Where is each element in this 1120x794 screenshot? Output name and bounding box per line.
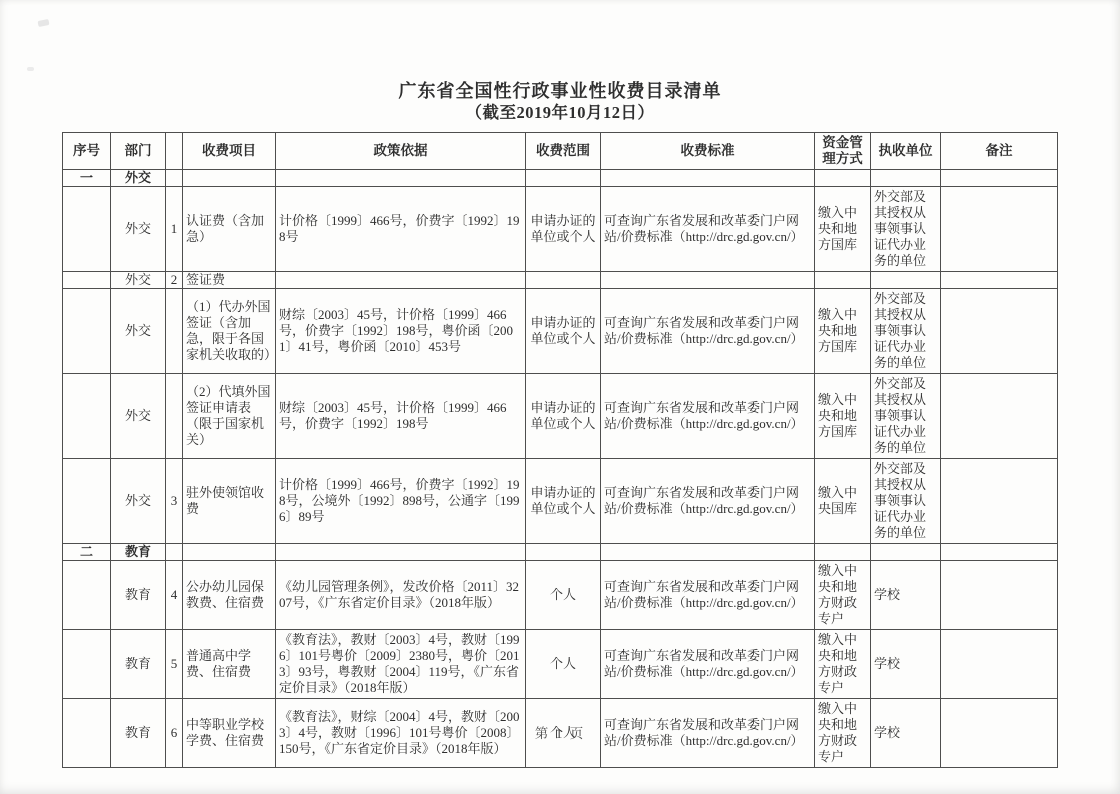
table-cell bbox=[166, 544, 183, 561]
table-cell: 可查询广东省发展和改革委门户网站/价费标准（http://drc.gd.gov.… bbox=[601, 561, 815, 630]
table-cell: 缴入中央国库 bbox=[815, 459, 871, 544]
column-header: 收费项目 bbox=[183, 133, 276, 170]
table-cell bbox=[63, 459, 111, 544]
column-header: 收费标准 bbox=[601, 133, 815, 170]
table-body: 一外交外交1认证费（含加急）计价格〔1999〕466号，价费字〔1992〕198… bbox=[63, 170, 1058, 768]
table-cell bbox=[166, 170, 183, 187]
table-cell bbox=[526, 272, 601, 289]
table-cell: 可查询广东省发展和改革委门户网站/价费标准（http://drc.gd.gov.… bbox=[601, 187, 815, 272]
table-cell: 外交 bbox=[111, 187, 166, 272]
table-cell: 计价格〔1999〕466号，价费字〔1992〕198号，公境外〔1992〕898… bbox=[276, 459, 526, 544]
document-subtitle: （截至2019年10月12日） bbox=[0, 102, 1120, 124]
table-cell: 5 bbox=[166, 630, 183, 699]
table-cell: 可查询广东省发展和改革委门户网站/价费标准（http://drc.gd.gov.… bbox=[601, 289, 815, 374]
table-header-row: 序号部门收费项目政策依据收费范围收费标准资金管理方式执收单位备注 bbox=[63, 133, 1058, 170]
table-cell bbox=[871, 544, 941, 561]
table-cell: 外交 bbox=[111, 289, 166, 374]
table-cell: 缴入中央和地方国库 bbox=[815, 289, 871, 374]
table-cell bbox=[183, 170, 276, 187]
table-cell bbox=[601, 272, 815, 289]
table-cell: 外交 bbox=[111, 170, 166, 187]
table-cell bbox=[63, 187, 111, 272]
table-cell: （2）代填外国签证申请表（限于国家机关） bbox=[183, 374, 276, 459]
table-cell: 普通高中学费、住宿费 bbox=[183, 630, 276, 699]
table-cell: 缴入中央和地方财政专户 bbox=[815, 630, 871, 699]
table-cell bbox=[941, 374, 1058, 459]
table-cell: 计价格〔1999〕466号，价费字〔1992〕198号 bbox=[276, 187, 526, 272]
table-cell bbox=[63, 289, 111, 374]
table-cell: 驻外使领馆收费 bbox=[183, 459, 276, 544]
table-cell bbox=[815, 544, 871, 561]
table-cell: 教育 bbox=[111, 630, 166, 699]
table-cell: 个人 bbox=[526, 561, 601, 630]
table-cell: 教育 bbox=[111, 561, 166, 630]
column-header: 资金管理方式 bbox=[815, 133, 871, 170]
table-cell bbox=[871, 170, 941, 187]
table-cell: 学校 bbox=[871, 561, 941, 630]
table-cell bbox=[941, 459, 1058, 544]
column-header: 部门 bbox=[111, 133, 166, 170]
column-header: 序号 bbox=[63, 133, 111, 170]
fee-table: 序号部门收费项目政策依据收费范围收费标准资金管理方式执收单位备注 一外交外交1认… bbox=[62, 132, 1058, 768]
table-row: 外交3驻外使领馆收费计价格〔1999〕466号，价费字〔1992〕198号，公境… bbox=[63, 459, 1058, 544]
table-cell bbox=[941, 630, 1058, 699]
table-cell: 外交 bbox=[111, 272, 166, 289]
table-row: 二教育 bbox=[63, 544, 1058, 561]
table-cell bbox=[276, 272, 526, 289]
table-cell bbox=[941, 170, 1058, 187]
table-cell: 3 bbox=[166, 459, 183, 544]
table-cell bbox=[526, 544, 601, 561]
table-cell: 公办幼儿园保教费、住宿费 bbox=[183, 561, 276, 630]
table-cell bbox=[815, 170, 871, 187]
scan-artifact-mark bbox=[37, 19, 49, 27]
table-cell: 申请办证的单位或个人 bbox=[526, 374, 601, 459]
table-cell bbox=[601, 544, 815, 561]
column-header: 备注 bbox=[941, 133, 1058, 170]
table-cell: 二 bbox=[63, 544, 111, 561]
table-cell: 1 bbox=[166, 187, 183, 272]
table-row: 外交1认证费（含加急）计价格〔1999〕466号，价费字〔1992〕198号申请… bbox=[63, 187, 1058, 272]
table-cell: 缴入中央和地方国库 bbox=[815, 374, 871, 459]
table-cell: 申请办证的单位或个人 bbox=[526, 289, 601, 374]
document-title-block: 广东省全国性行政事业性收费目录清单 （截至2019年10月12日） bbox=[0, 80, 1120, 124]
table-cell bbox=[63, 561, 111, 630]
table-cell: 申请办证的单位或个人 bbox=[526, 187, 601, 272]
table-cell bbox=[63, 374, 111, 459]
table-cell bbox=[601, 170, 815, 187]
table-cell bbox=[166, 289, 183, 374]
table-cell: 可查询广东省发展和改革委门户网站/价费标准（http://drc.gd.gov.… bbox=[601, 459, 815, 544]
scan-artifact-dot bbox=[27, 67, 34, 71]
table-cell: 外交 bbox=[111, 374, 166, 459]
table-cell: 签证费 bbox=[183, 272, 276, 289]
table-cell bbox=[941, 272, 1058, 289]
table-cell: 外交部及其授权从事领事认证代办业务的单位 bbox=[871, 459, 941, 544]
table-cell: 《教育法》，教财〔2003〕4号，教财〔1996〕101号粤价〔2009〕238… bbox=[276, 630, 526, 699]
table-cell bbox=[526, 170, 601, 187]
table-row: 教育5普通高中学费、住宿费《教育法》，教财〔2003〕4号，教财〔1996〕10… bbox=[63, 630, 1058, 699]
table-cell bbox=[815, 272, 871, 289]
table-row: 教育4公办幼儿园保教费、住宿费《幼儿园管理条例》，发改价格〔2011〕3207号… bbox=[63, 561, 1058, 630]
table-cell: 财综〔2003〕45号，计价格〔1999〕466号，价费字〔1992〕198号，… bbox=[276, 289, 526, 374]
table-cell: 外交部及其授权从事领事认证代办业务的单位 bbox=[871, 374, 941, 459]
table-cell bbox=[166, 374, 183, 459]
table-cell: 缴入中央和地方国库 bbox=[815, 187, 871, 272]
page-number: 第 1 页 bbox=[0, 722, 1120, 742]
table-cell: 个人 bbox=[526, 630, 601, 699]
table-cell: 4 bbox=[166, 561, 183, 630]
column-header: 政策依据 bbox=[276, 133, 526, 170]
table-cell: （1）代办外国签证（含加急，限于各国家机关收取的） bbox=[183, 289, 276, 374]
table-cell: 财综〔2003〕45号，计价格〔1999〕466号，价费字〔1992〕198号 bbox=[276, 374, 526, 459]
table-cell: 可查询广东省发展和改革委门户网站/价费标准（http://drc.gd.gov.… bbox=[601, 630, 815, 699]
scanned-document-page: 广东省全国性行政事业性收费目录清单 （截至2019年10月12日） 序号部门收费… bbox=[0, 0, 1120, 794]
table-cell bbox=[276, 544, 526, 561]
table-cell bbox=[941, 289, 1058, 374]
table-cell: 缴入中央和地方财政专户 bbox=[815, 561, 871, 630]
table-cell: 认证费（含加急） bbox=[183, 187, 276, 272]
table-cell: 外交部及其授权从事领事认证代办业务的单位 bbox=[871, 187, 941, 272]
table-cell: 申请办证的单位或个人 bbox=[526, 459, 601, 544]
table-row: 外交2签证费 bbox=[63, 272, 1058, 289]
table-cell bbox=[871, 272, 941, 289]
table-cell bbox=[276, 170, 526, 187]
table-cell: 可查询广东省发展和改革委门户网站/价费标准（http://drc.gd.gov.… bbox=[601, 374, 815, 459]
table-cell bbox=[63, 630, 111, 699]
table-cell bbox=[63, 272, 111, 289]
table-cell: 外交部及其授权从事领事认证代办业务的单位 bbox=[871, 289, 941, 374]
table-row: 一外交 bbox=[63, 170, 1058, 187]
table-cell: 外交 bbox=[111, 459, 166, 544]
table-cell: 学校 bbox=[871, 630, 941, 699]
table-cell bbox=[941, 187, 1058, 272]
table-row: 外交（2）代填外国签证申请表（限于国家机关）财综〔2003〕45号，计价格〔19… bbox=[63, 374, 1058, 459]
table-row: 外交（1）代办外国签证（含加急，限于各国家机关收取的）财综〔2003〕45号，计… bbox=[63, 289, 1058, 374]
table-cell: 一 bbox=[63, 170, 111, 187]
table-cell bbox=[183, 544, 276, 561]
table-cell: 2 bbox=[166, 272, 183, 289]
column-header bbox=[166, 133, 183, 170]
table-cell bbox=[941, 544, 1058, 561]
table-cell: 《幼儿园管理条例》，发改价格〔2011〕3207号，《广东省定价目录》（2018… bbox=[276, 561, 526, 630]
table-cell bbox=[941, 561, 1058, 630]
column-header: 执收单位 bbox=[871, 133, 941, 170]
column-header: 收费范围 bbox=[526, 133, 601, 170]
document-title: 广东省全国性行政事业性收费目录清单 bbox=[0, 80, 1120, 102]
table-cell: 教育 bbox=[111, 544, 166, 561]
